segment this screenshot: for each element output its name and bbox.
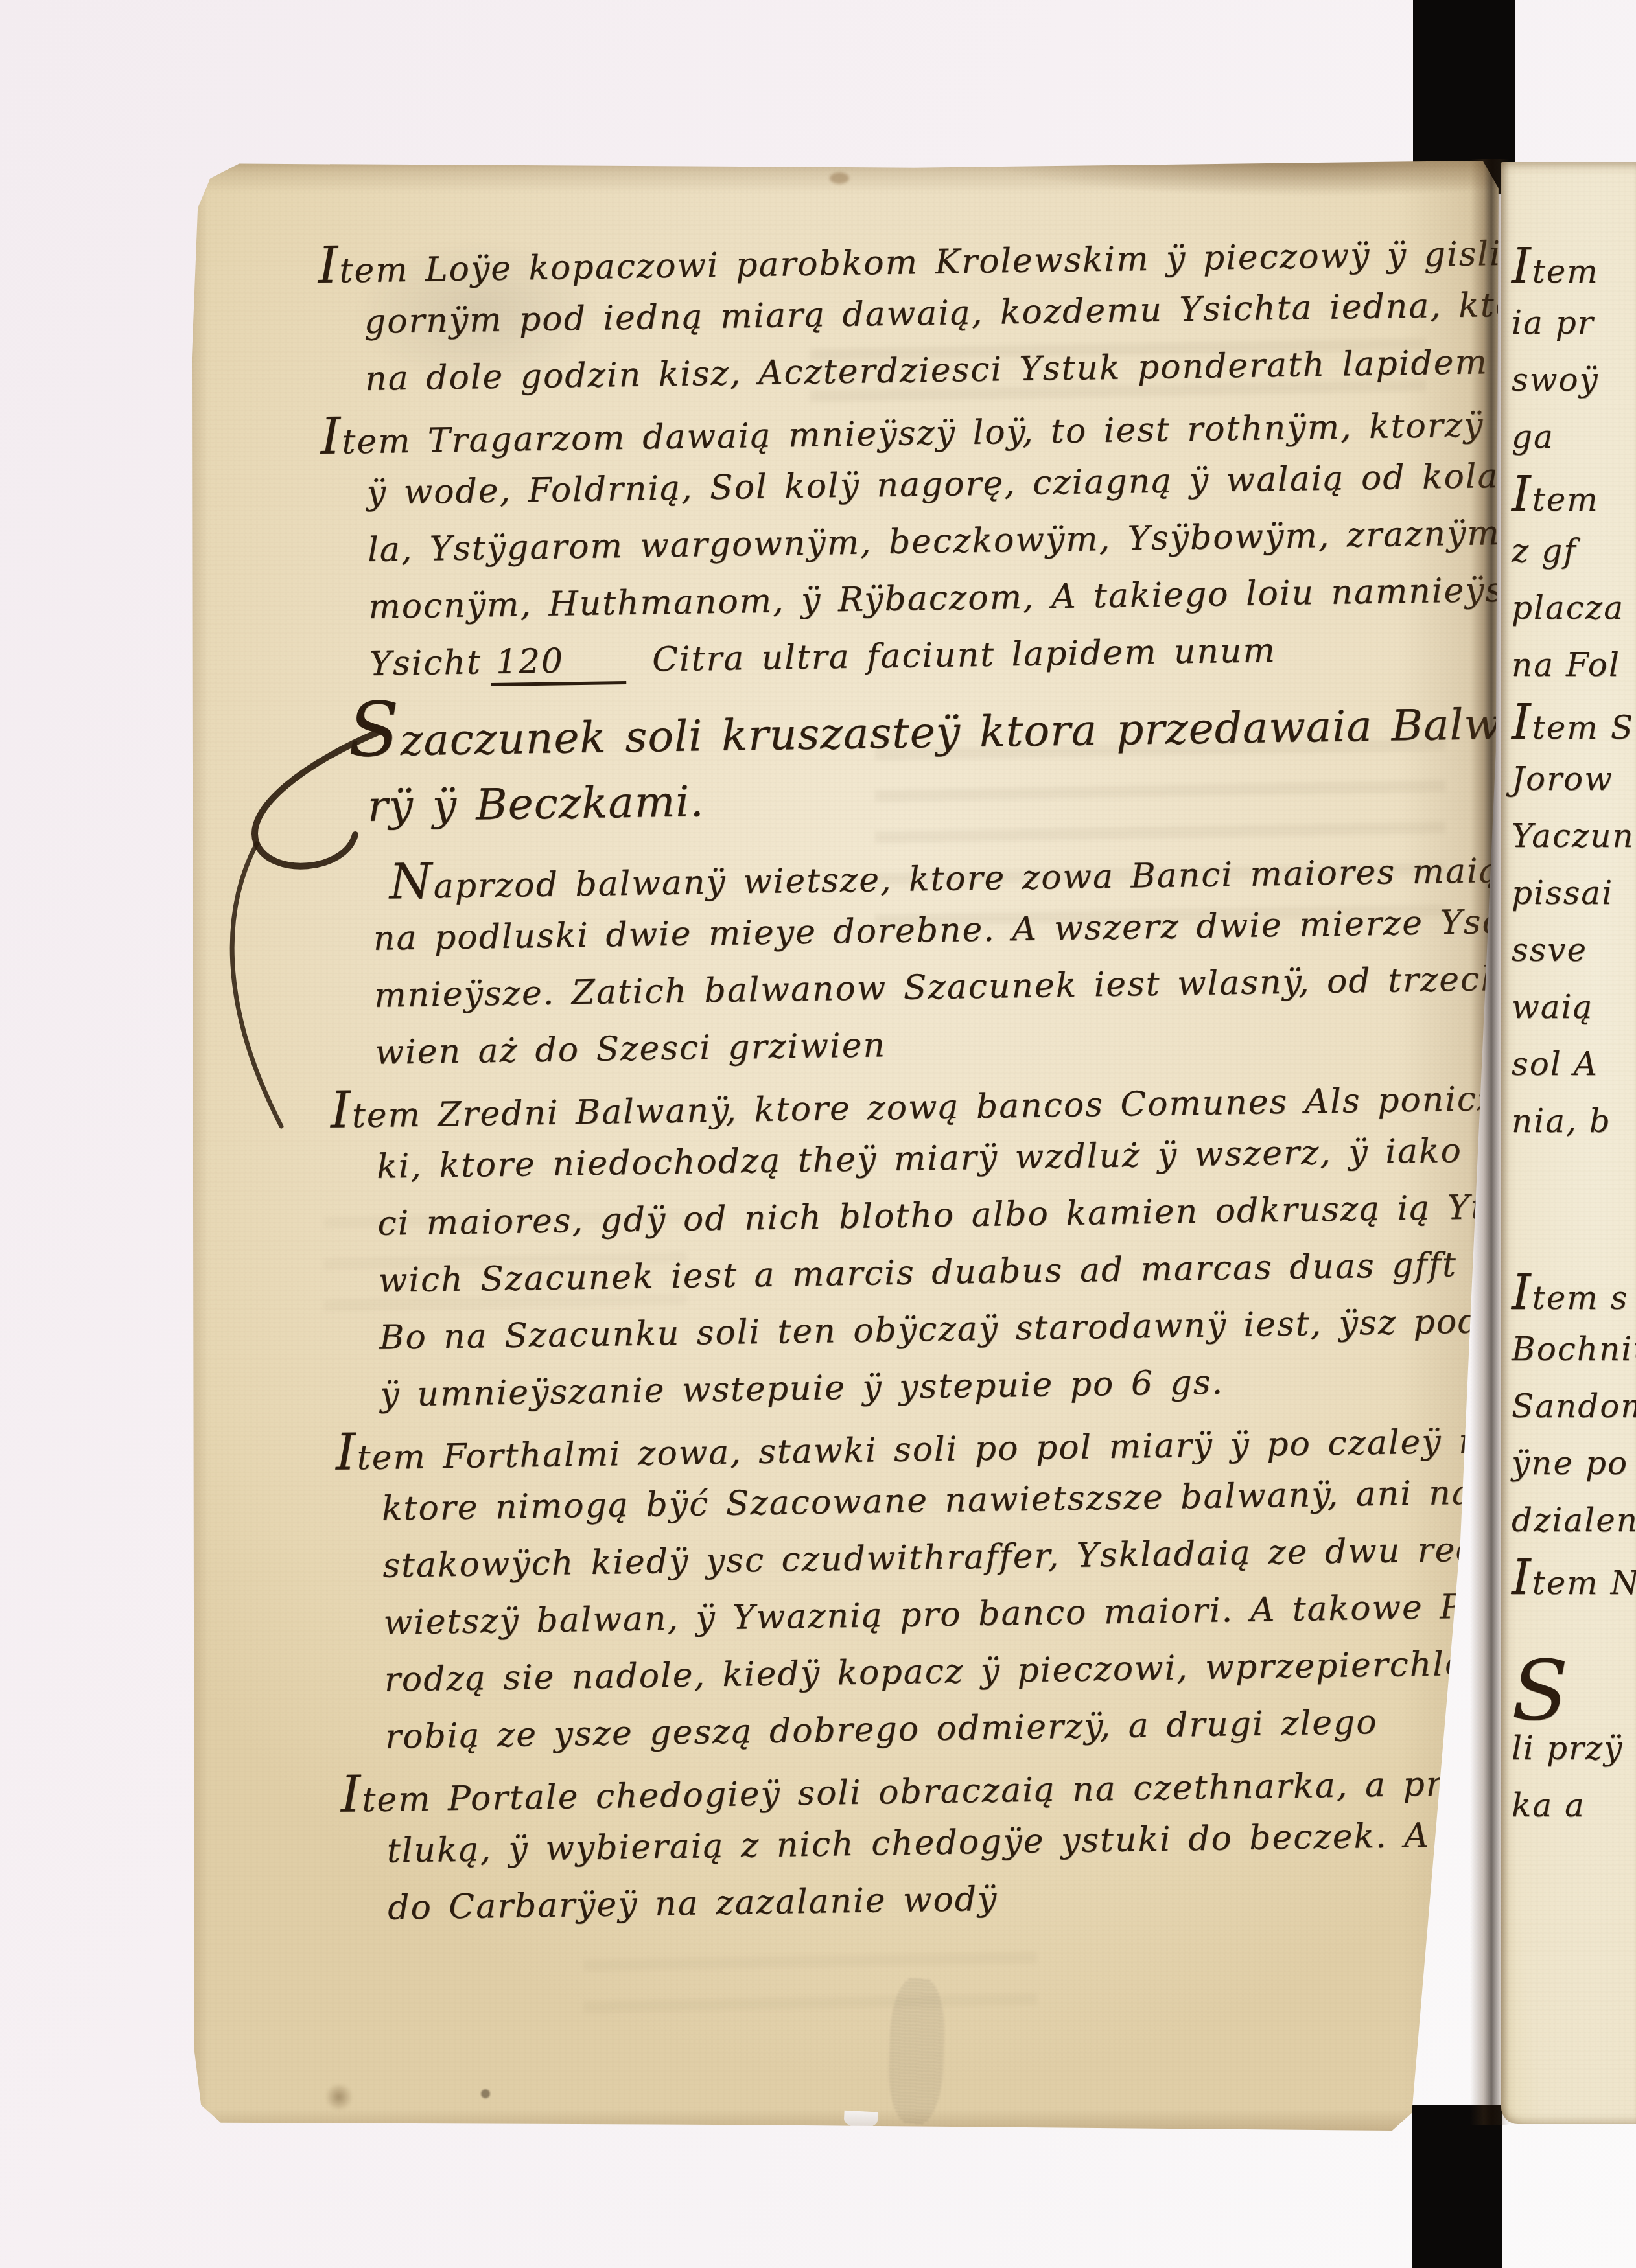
manuscript-line-fragment: Jorow [1512, 752, 1636, 809]
scanned-book-spread: { "colors": { "scanner_background": "#f6… [0, 0, 1636, 2268]
section-heading-line: Szaczunek soli kruszasteÿ ktora przedawa… [347, 677, 1505, 774]
ink-bleedthrough [583, 1944, 1037, 2035]
manuscript-line-fragment: z gf [1512, 524, 1636, 581]
manuscript-line-fragment: Sandomi [1512, 1379, 1636, 1436]
spine-ribbon-bottom [1412, 2105, 1502, 2268]
measure-prefix: Ysicht [369, 643, 482, 684]
manuscript-line-fragment: ia pr [1512, 295, 1636, 353]
paper-tear [843, 2111, 878, 2129]
manuscript-line-fragment: Item N [1512, 1550, 1636, 1607]
ink-spot [481, 2089, 490, 2098]
manuscript-line-fragment: Item S [1512, 695, 1636, 752]
manuscript-line-fragment: na Fol [1512, 638, 1636, 695]
manuscript-line-fragment: swoÿ [1512, 353, 1636, 410]
measure-number: 120 [490, 641, 626, 686]
manuscript-line-fragment: nia, b [1512, 1094, 1636, 1151]
manuscript-line-fragment: dzialen [1512, 1493, 1636, 1550]
manuscript-line-fragment: S [1512, 1664, 1636, 1721]
blank-line [1512, 1151, 1636, 1208]
manuscript-line-fragment: waią [1512, 980, 1636, 1037]
manuscript-line-fragment: Item s [1512, 1265, 1636, 1322]
manuscript-line-fragment: placza [1512, 581, 1636, 638]
left-page: Item Loÿe kopaczowi parobkom Krolewskim … [192, 161, 1505, 2131]
manuscript-text-block: Itemia prswoÿgaItemz gfplaczana FolItem … [1512, 238, 1636, 1835]
manuscript-line-fragment: Bochniu [1512, 1322, 1636, 1379]
right-page: Itemia prswoÿgaItemz gfplaczana FolItem … [1501, 162, 1636, 2124]
manuscript-line-fragment: sol A [1512, 1037, 1636, 1094]
manuscript-line-fragment: ka a [1512, 1778, 1636, 1835]
manuscript-line-fragment: ssve [1512, 923, 1636, 980]
manuscript-line-fragment: ÿne po [1512, 1436, 1636, 1493]
manuscript-line-fragment: Yaczun [1512, 809, 1636, 866]
foxing-spot [830, 172, 849, 184]
manuscript-line-fragment: li przÿ [1512, 1721, 1636, 1778]
manuscript-text-block: Item Loÿe kopaczowi parobkom Krolewskim … [318, 221, 1523, 1939]
ink-spot [324, 2084, 354, 2110]
blank-line [1512, 1208, 1636, 1265]
measure-suffix: Citra ultra faciunt lapidem unum [652, 631, 1277, 679]
manuscript-line-fragment: Item [1512, 467, 1636, 524]
manuscript-line-fragment: ga [1512, 410, 1636, 467]
manuscript-line-fragment: Item [1512, 238, 1636, 295]
smudge-stain [887, 1977, 946, 2125]
manuscript-line-fragment: pissai [1512, 866, 1636, 923]
